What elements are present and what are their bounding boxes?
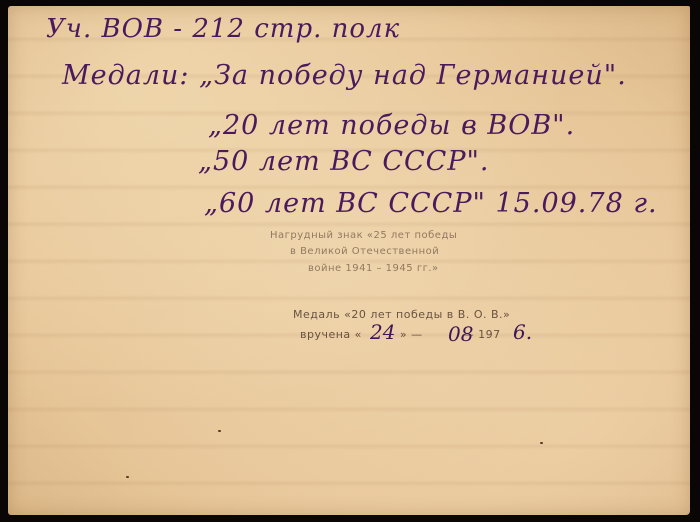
handwritten-month: 08 xyxy=(448,322,473,346)
awarded-mid: » — xyxy=(400,328,423,341)
handwritten-medal-50-years: „50 лет ВС СССР". xyxy=(198,146,490,177)
handwritten-year-digit: 6. xyxy=(513,320,532,344)
document-paper: Уч. ВОВ - 212 стр. полк Медали: „За побе… xyxy=(8,6,690,515)
typed-badge-line-3: войне 1941 – 1945 гг.» xyxy=(308,263,439,274)
handwritten-medals-line: Медали: „За победу над Германией". xyxy=(62,60,627,91)
paper-speck xyxy=(126,476,129,478)
handwritten-day: 24 xyxy=(370,320,395,344)
handwritten-medal-60-years: „60 лет ВС СССР" 15.09.78 г. xyxy=(204,188,658,219)
paper-speck xyxy=(218,430,221,432)
scan-frame: Уч. ВОВ - 212 стр. полк Медали: „За побе… xyxy=(0,0,700,522)
awarded-prefix: вручена « xyxy=(300,328,362,341)
typed-badge-line-2: в Великой Отечественной xyxy=(290,246,439,257)
paper-speck xyxy=(540,442,543,444)
handwritten-unit-line: Уч. ВОВ - 212 стр. полк xyxy=(46,14,400,44)
typed-badge-line-1: Нагрудный знак «25 лет победы xyxy=(270,230,457,241)
handwritten-medal-20-years: „20 лет победы в ВОВ". xyxy=(208,110,575,141)
typed-medal-line: Медаль «20 лет победы в В. О. В.» xyxy=(293,308,510,321)
